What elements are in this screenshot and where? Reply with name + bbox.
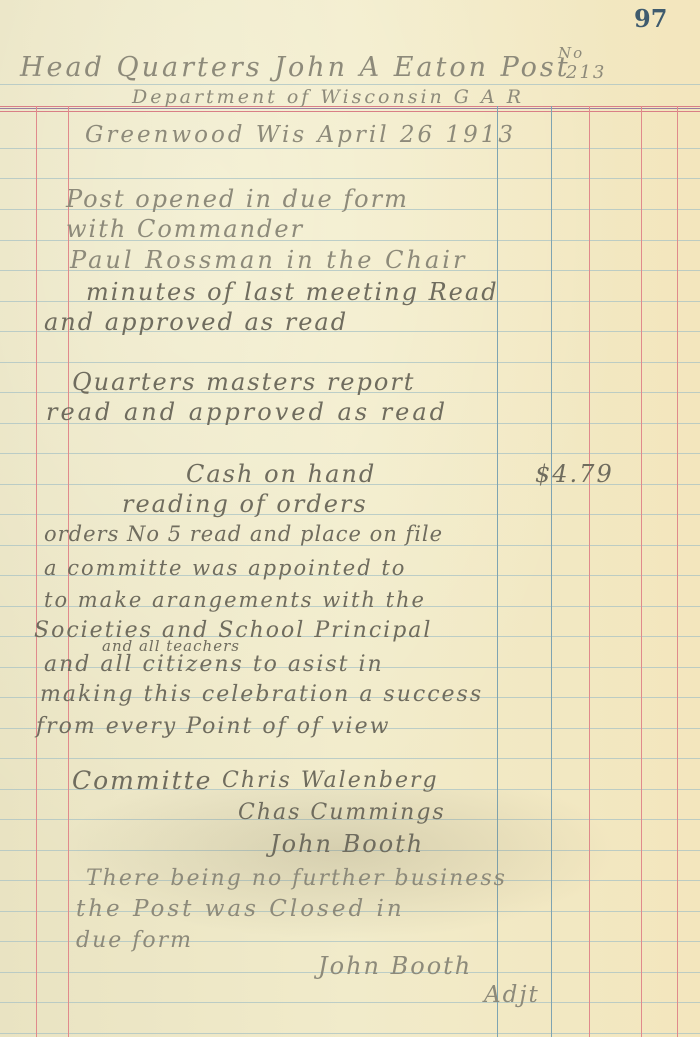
cash-amount: $4.79	[535, 460, 614, 488]
closing-line: due form	[76, 928, 193, 953]
header-rule	[0, 111, 700, 112]
ruled-line	[0, 453, 700, 454]
closing-line: There being no further business	[86, 866, 507, 891]
minutes-line: and approved as read	[44, 308, 348, 336]
post-number: 213	[566, 62, 606, 83]
ruled-line	[0, 362, 700, 363]
header-title: Head Quarters John A Eaton Post	[20, 52, 571, 83]
committee-member: Chas Cummings	[238, 800, 446, 825]
minutes-line: making this celebration a success	[40, 682, 483, 707]
header-rule	[0, 108, 700, 109]
minutes-line: to make arangements with the	[44, 588, 426, 612]
minutes-line: reading of orders	[122, 490, 368, 518]
margin-line	[36, 106, 37, 1037]
committee-label: Committe	[72, 766, 212, 795]
header-department: Department of Wisconsin G A R	[132, 86, 524, 108]
signature: John Booth	[318, 952, 472, 980]
place-date: Greenwood Wis April 26 1913	[85, 122, 516, 148]
minutes-line: Paul Rossman in the Chair	[70, 246, 467, 274]
closing-line: the Post was Closed in	[76, 896, 405, 922]
ruled-line	[0, 1002, 700, 1003]
minutes-line: and all citizens to asist in	[44, 652, 384, 677]
minutes-line: orders No 5 read and place on file	[44, 522, 443, 546]
committee-member: John Booth	[270, 830, 424, 858]
page-number: 97	[634, 4, 667, 33]
minutes-line: a committe was appointed to	[44, 556, 406, 580]
post-no-label: No	[558, 44, 584, 62]
ledger-page: 97 Head Quarters John A Eaton Post No 21…	[0, 0, 700, 1037]
ruled-line	[0, 758, 700, 759]
ruled-line	[0, 1033, 700, 1034]
minutes-line: read and approved as read	[46, 398, 448, 426]
minutes-line: with Commander	[66, 215, 304, 243]
ruled-line	[0, 178, 700, 179]
signature-title: Adjt	[484, 982, 540, 1008]
minutes-line: Post opened in due form	[66, 185, 409, 213]
minutes-line: Quarters masters report	[72, 368, 415, 396]
committee-member: Chris Walenberg	[222, 768, 439, 793]
ruled-line	[0, 148, 700, 149]
column-line	[677, 106, 678, 1037]
column-line	[641, 106, 642, 1037]
ruled-line	[0, 84, 700, 85]
cash-on-hand-label: Cash on hand	[186, 460, 376, 488]
minutes-line: minutes of last meeting Read	[86, 278, 499, 306]
minutes-line: from every Point of of view	[36, 714, 390, 739]
